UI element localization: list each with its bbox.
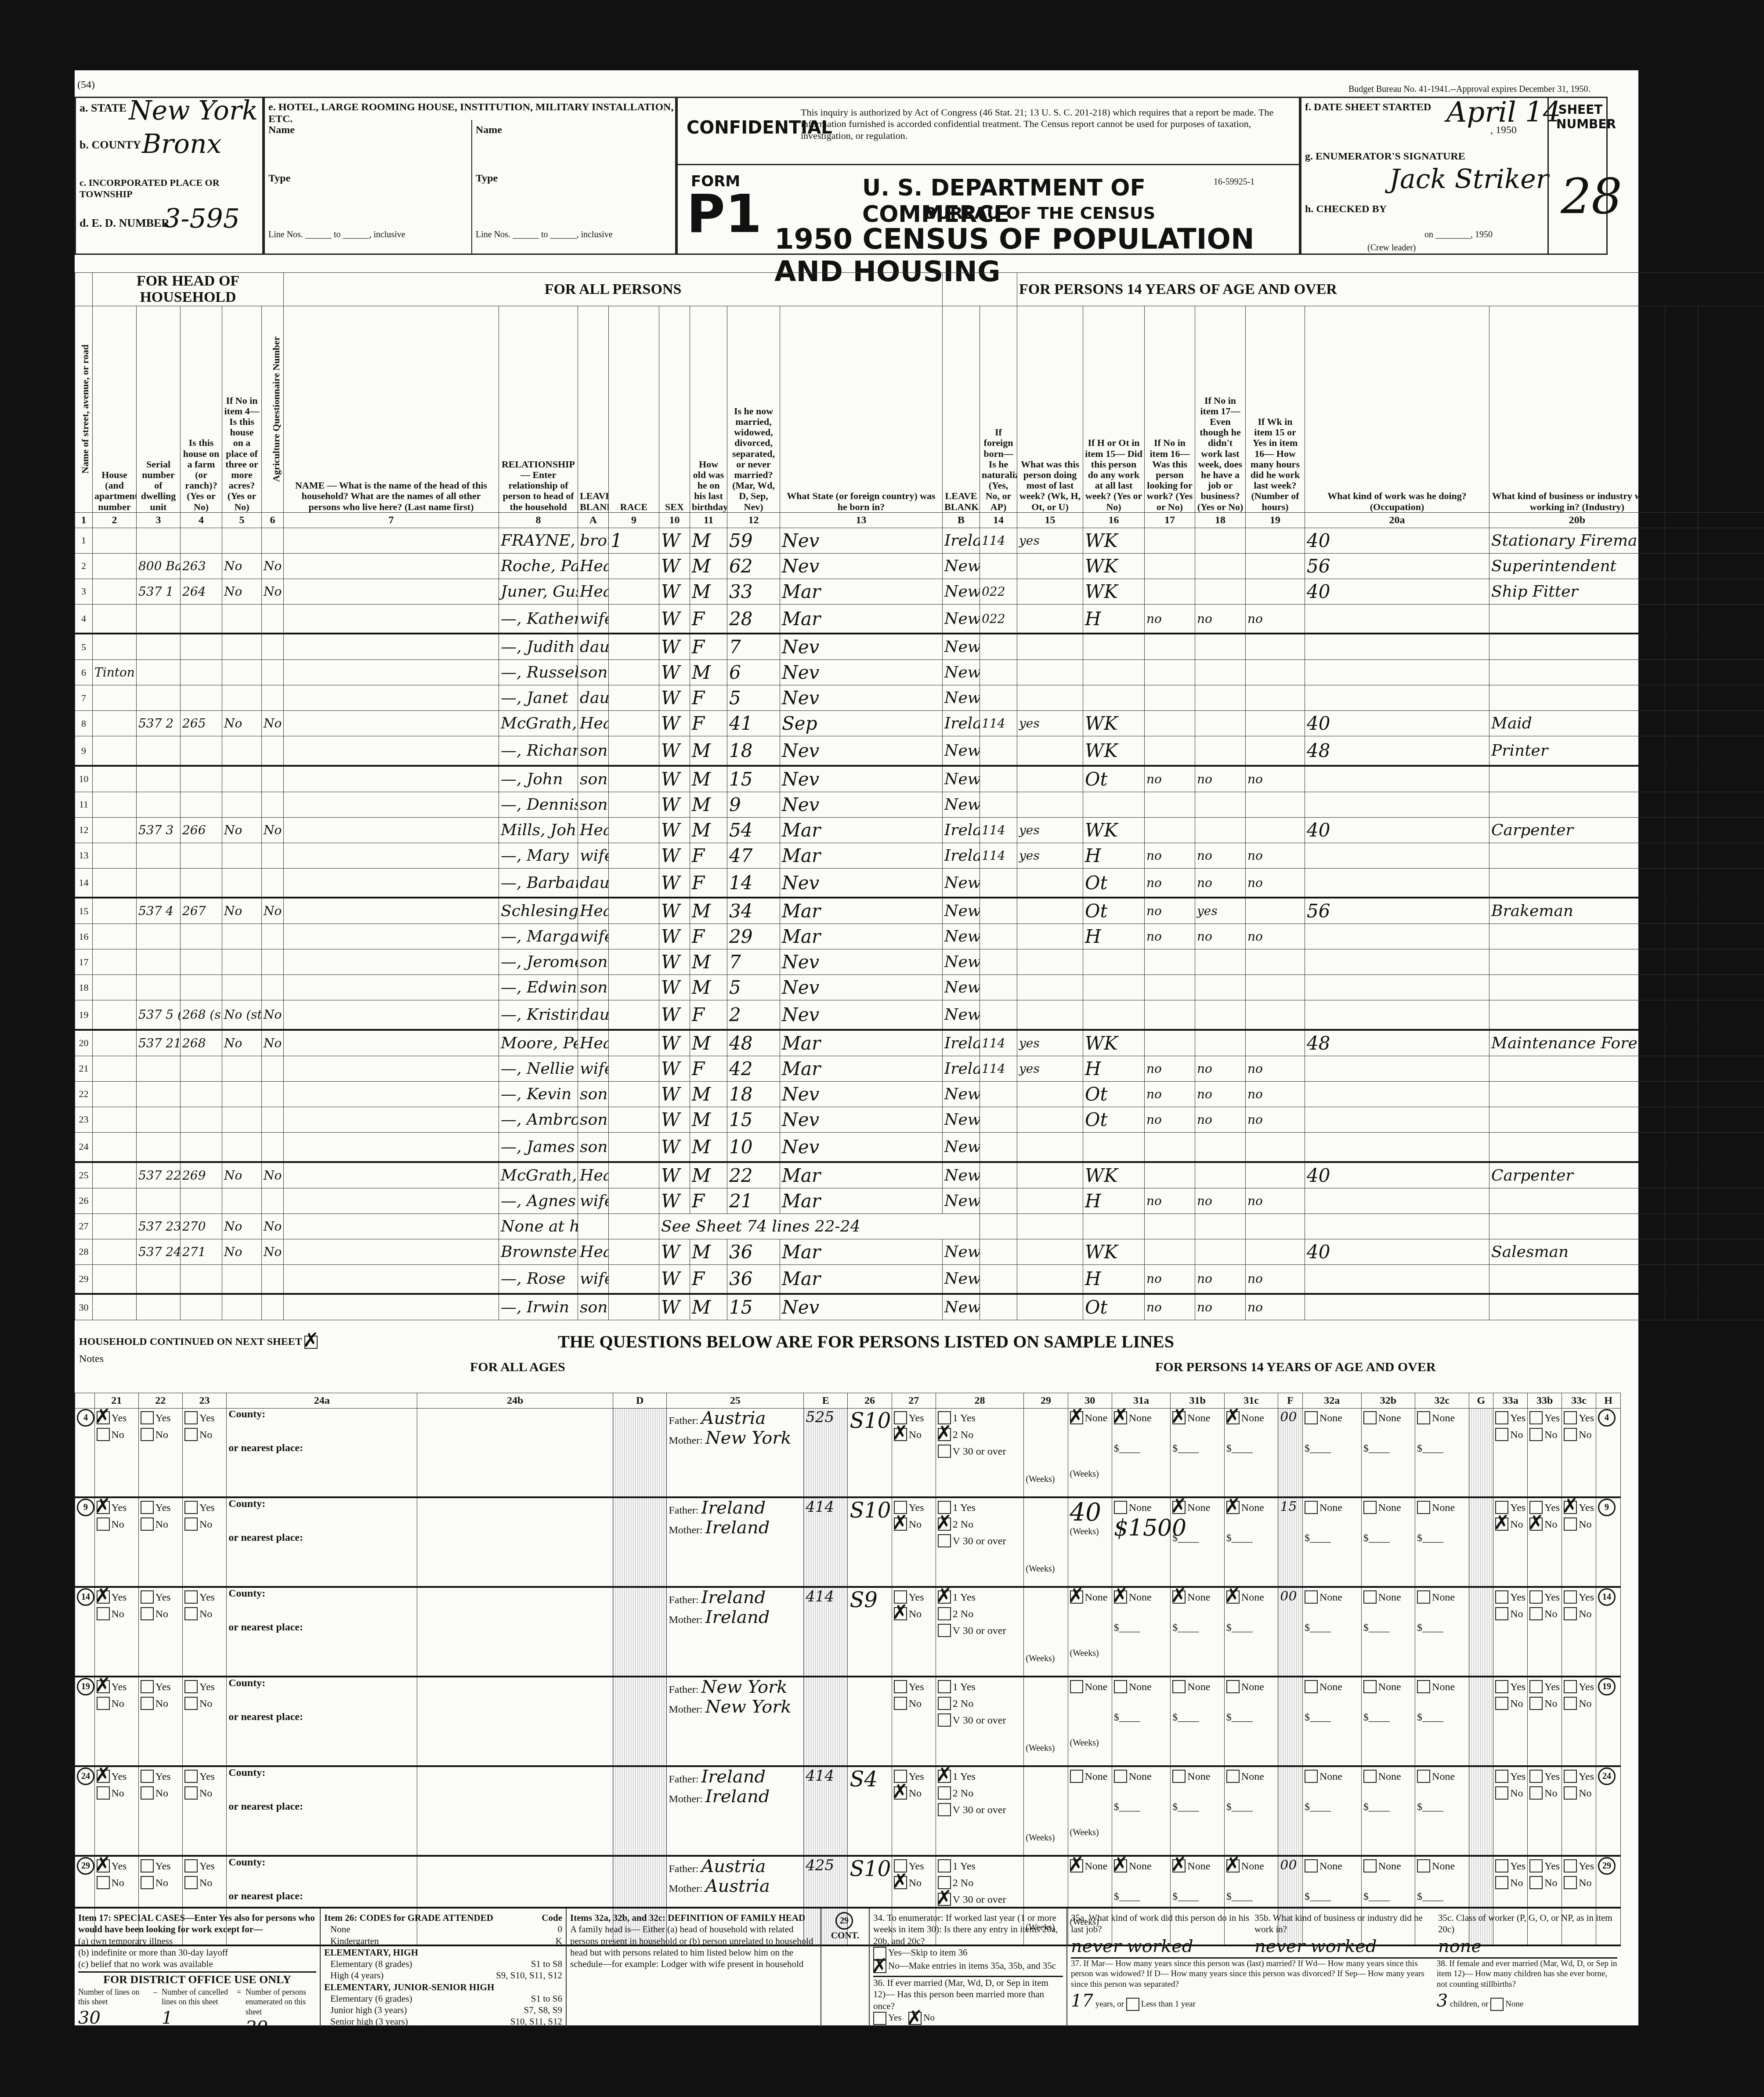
q21-no-checkbox[interactable]	[97, 1697, 110, 1710]
q28-30-checkbox[interactable]	[938, 1713, 951, 1727]
q27-no-checkbox[interactable]	[894, 1786, 907, 1800]
cell-street[interactable]	[93, 711, 137, 736]
cell-rel[interactable]: son	[578, 792, 609, 817]
q28-yes-checkbox[interactable]	[938, 1770, 951, 1783]
cell-race[interactable]: W	[659, 1188, 690, 1213]
cell-age[interactable]: 22	[727, 1162, 780, 1188]
mother-birthplace[interactable]: Ireland	[705, 1607, 770, 1627]
cell-class[interactable]	[1698, 685, 1764, 711]
cell-activity[interactable]	[1083, 660, 1145, 685]
cell-street[interactable]	[93, 1056, 137, 1081]
cell-rel[interactable]	[578, 1213, 609, 1239]
q31a-none-checkbox[interactable]	[1114, 1501, 1127, 1514]
cell-b[interactable]: 022	[980, 579, 1017, 604]
q23-no-checkbox[interactable]	[184, 1428, 198, 1441]
cell-sex[interactable]: M	[690, 1239, 727, 1264]
cell-name[interactable]: —, Margaret	[499, 924, 578, 949]
county-value[interactable]: Bronx	[142, 129, 221, 159]
cell-occupation[interactable]	[1489, 1188, 1665, 1213]
cell-serial[interactable]	[181, 1056, 222, 1081]
q22-no-checkbox[interactable]	[141, 1697, 154, 1710]
q22-no-checkbox[interactable]	[141, 1518, 154, 1531]
cell-race[interactable]: W	[659, 1239, 690, 1264]
cell-activity[interactable]: WK	[1083, 1162, 1145, 1188]
cell-rel[interactable]: Head	[578, 1030, 609, 1056]
cell-serial[interactable]: 266	[181, 817, 222, 843]
q32c-none-checkbox[interactable]	[1417, 1501, 1430, 1514]
cell-farm[interactable]: No	[222, 1030, 262, 1056]
cell-acres[interactable]	[262, 766, 284, 792]
cell-farm[interactable]	[222, 843, 262, 868]
cell-street[interactable]	[93, 553, 137, 579]
cell-q17[interactable]	[1195, 634, 1246, 660]
cell-street[interactable]	[93, 898, 137, 924]
cell-q16[interactable]: no	[1145, 604, 1195, 634]
cell-q16[interactable]: no	[1145, 898, 1195, 924]
cell-hours[interactable]	[1305, 1294, 1489, 1320]
q22-yes-checkbox[interactable]	[141, 1770, 154, 1783]
cell-farm[interactable]: No (struck)	[222, 1000, 262, 1030]
cell-race[interactable]: W	[659, 553, 690, 579]
cell-birthplace[interactable]: New York	[943, 1239, 980, 1264]
q33b-no-checkbox[interactable]	[1529, 1607, 1543, 1620]
q27-no-checkbox[interactable]	[894, 1697, 907, 1710]
cell-rel[interactable]: wife	[578, 1056, 609, 1081]
cell-hours[interactable]	[1305, 1000, 1489, 1030]
cell-industry[interactable]	[1665, 604, 1698, 634]
q33b-yes-checkbox[interactable]	[1529, 1590, 1543, 1604]
cell-house[interactable]: 537 23	[137, 1213, 181, 1239]
cell-hours[interactable]	[1305, 1056, 1489, 1081]
cell-name[interactable]: —, Edwin	[499, 975, 578, 1000]
q33c-no-checkbox[interactable]	[1564, 1697, 1577, 1710]
q28-30-checkbox[interactable]	[938, 1803, 951, 1816]
cell-farm[interactable]	[222, 1264, 262, 1294]
cell-age[interactable]: 15	[727, 766, 780, 792]
cell-street[interactable]	[93, 604, 137, 634]
cell-q16[interactable]	[1145, 792, 1195, 817]
q35a-answer[interactable]: never worked	[1071, 1935, 1250, 1957]
cell-age[interactable]: 42	[727, 1056, 780, 1081]
cell-sex[interactable]: M	[690, 766, 727, 792]
cell-age[interactable]: 6	[727, 660, 780, 685]
cell-activity[interactable]: WK	[1083, 579, 1145, 604]
cell-q18[interactable]: no	[1246, 1294, 1305, 1320]
cell-house[interactable]	[137, 924, 181, 949]
cell-nat[interactable]: yes	[1017, 1030, 1083, 1056]
cell-age[interactable]: 5	[727, 685, 780, 711]
cell-house[interactable]	[137, 660, 181, 685]
cell-birthplace[interactable]: Ireland	[943, 843, 980, 868]
cell-occupation[interactable]	[1489, 924, 1665, 949]
cell-activity[interactable]: Ot	[1083, 1294, 1145, 1320]
cell-class[interactable]	[1698, 1056, 1764, 1081]
cell-occupation[interactable]: Maintenance Foreman	[1489, 1030, 1665, 1056]
cell-name[interactable]: Moore, Peter	[499, 1030, 578, 1056]
cell-serial[interactable]	[181, 1264, 222, 1294]
cell-hours[interactable]	[1305, 1107, 1489, 1132]
cell-industry[interactable]: N.Y.C. Transit Lines	[1665, 1030, 1698, 1056]
cell-activity[interactable]	[1083, 792, 1145, 817]
cell-q17[interactable]	[1195, 579, 1246, 604]
cell-marital[interactable]: Nev	[780, 949, 943, 975]
cell-q18[interactable]: no	[1246, 766, 1305, 792]
q33a-no-checkbox[interactable]	[1495, 1428, 1508, 1441]
cell-occupation[interactable]	[1489, 1264, 1665, 1294]
cell-q18[interactable]	[1246, 817, 1305, 843]
cell-rel[interactable]: Head	[578, 898, 609, 924]
cell-serial[interactable]	[181, 1107, 222, 1132]
cell-farm[interactable]	[222, 685, 262, 711]
cell-sex[interactable]: M	[690, 1162, 727, 1188]
cell-q17[interactable]	[1195, 711, 1246, 736]
cell-age[interactable]: 7	[727, 949, 780, 975]
cell-class[interactable]	[1698, 949, 1764, 975]
cell-industry[interactable]	[1665, 868, 1698, 898]
cell-sex[interactable]: M	[690, 792, 727, 817]
cell-race[interactable]: W	[659, 736, 690, 766]
code-e[interactable]: 425	[806, 1857, 834, 1874]
cell-name[interactable]: —, Judith	[499, 634, 578, 660]
q22-yes-checkbox[interactable]	[141, 1411, 154, 1424]
cell-q16[interactable]: no	[1145, 843, 1195, 868]
cell-class[interactable]: P	[1698, 1162, 1764, 1188]
cell-birthplace[interactable]: New York	[943, 553, 980, 579]
cell-nat[interactable]: yes	[1017, 528, 1083, 553]
father-birthplace[interactable]: Ireland	[701, 1767, 766, 1787]
q23-no-checkbox[interactable]	[184, 1697, 198, 1710]
cell-q16[interactable]: no	[1145, 1188, 1195, 1213]
cell-class[interactable]: P	[1698, 898, 1764, 924]
cell-a[interactable]	[609, 553, 659, 579]
cell-industry[interactable]	[1665, 1264, 1698, 1294]
cell-age[interactable]: 7	[727, 634, 780, 660]
cell-activity[interactable]: WK	[1083, 736, 1145, 766]
q33b-no-checkbox[interactable]	[1529, 1786, 1543, 1800]
cell-hours[interactable]: 40	[1305, 711, 1489, 736]
cell-q16[interactable]: no	[1145, 1264, 1195, 1294]
q21-yes-checkbox[interactable]	[97, 1680, 110, 1693]
cell-industry[interactable]	[1665, 634, 1698, 660]
cell-industry[interactable]	[1665, 1056, 1698, 1081]
cell-q18[interactable]	[1246, 1239, 1305, 1264]
cell-a[interactable]	[609, 1081, 659, 1107]
cell-house[interactable]	[137, 843, 181, 868]
cell-q18[interactable]: no	[1246, 1107, 1305, 1132]
cell-street[interactable]	[93, 975, 137, 1000]
cell-hours[interactable]	[1305, 604, 1489, 634]
cell-industry[interactable]	[1665, 1132, 1698, 1162]
cell-birthplace[interactable]: New York	[943, 1188, 980, 1213]
cell-a[interactable]	[609, 924, 659, 949]
cell-sex[interactable]: M	[690, 817, 727, 843]
cell-nat[interactable]	[1017, 1294, 1083, 1320]
date-started[interactable]: April 14	[1446, 96, 1561, 129]
cell-marital[interactable]: Mar	[780, 1264, 943, 1294]
cell-industry[interactable]	[1665, 1188, 1698, 1213]
cell-street[interactable]	[93, 1188, 137, 1213]
cell-occupation[interactable]	[1489, 843, 1665, 868]
q33c-yes-checkbox[interactable]	[1564, 1501, 1577, 1514]
cell-hours[interactable]: 40	[1305, 528, 1489, 553]
cell-q18[interactable]	[1246, 975, 1305, 1000]
cell-class[interactable]	[1698, 975, 1764, 1000]
cell-serial[interactable]	[181, 660, 222, 685]
q33c-yes-checkbox[interactable]	[1564, 1590, 1577, 1604]
cell-industry[interactable]	[1665, 685, 1698, 711]
cell-age[interactable]: 28	[727, 604, 780, 634]
cell-rel[interactable]: Head	[578, 1239, 609, 1264]
cell-birthplace[interactable]: Ireland	[943, 817, 980, 843]
cell-class[interactable]	[1698, 843, 1764, 868]
q33b-no-checkbox[interactable]	[1529, 1428, 1543, 1441]
cell-race[interactable]: W	[659, 1030, 690, 1056]
cell-q16[interactable]: no	[1145, 1107, 1195, 1132]
cell-q18[interactable]	[1246, 660, 1305, 685]
cell-name[interactable]: McGrath, Mary	[499, 711, 578, 736]
cell-hours[interactable]	[1305, 843, 1489, 868]
cell-house[interactable]: 800 Basement	[137, 553, 181, 579]
cell-q17[interactable]	[1195, 553, 1246, 579]
cell-farm[interactable]	[222, 1107, 262, 1132]
q32b-none-checkbox[interactable]	[1363, 1859, 1377, 1872]
cell-birthplace[interactable]: New York	[943, 1132, 980, 1162]
cell-acres[interactable]	[262, 685, 284, 711]
code-e[interactable]: 414	[806, 1588, 834, 1605]
q33b-yes-checkbox[interactable]	[1529, 1859, 1543, 1872]
cell-nat[interactable]	[1017, 604, 1083, 634]
cell-occupation[interactable]	[1489, 685, 1665, 711]
cell-nat[interactable]	[1017, 553, 1083, 579]
cell-nat[interactable]	[1017, 736, 1083, 766]
q35b-answer[interactable]: never worked	[1254, 1935, 1434, 1957]
q33a-no-checkbox[interactable]	[1495, 1607, 1508, 1620]
cell-q17[interactable]	[1195, 1030, 1246, 1056]
cell-marital[interactable]: Mar	[780, 817, 943, 843]
q33b-yes-checkbox[interactable]	[1529, 1770, 1543, 1783]
q32c-none-checkbox[interactable]	[1417, 1590, 1430, 1604]
q28-30-checkbox[interactable]	[938, 1445, 951, 1458]
cell-nat[interactable]	[1017, 1132, 1083, 1162]
cell-farm[interactable]: No	[222, 1213, 262, 1239]
cell-birthplace[interactable]: Ireland	[943, 711, 980, 736]
cell-b[interactable]	[980, 898, 1017, 924]
cell-age[interactable]: 15	[727, 1107, 780, 1132]
cell-sex[interactable]: M	[690, 1030, 727, 1056]
cell-class[interactable]	[1698, 634, 1764, 660]
cell-industry[interactable]	[1665, 1294, 1698, 1320]
cell-acres[interactable]	[262, 868, 284, 898]
cell-race[interactable]: W	[659, 1056, 690, 1081]
cell-a[interactable]	[609, 898, 659, 924]
cell-sex[interactable]: M	[690, 898, 727, 924]
cell-a[interactable]	[609, 660, 659, 685]
cell-house[interactable]	[137, 949, 181, 975]
q22-yes-checkbox[interactable]	[141, 1501, 154, 1514]
q21-no-checkbox[interactable]	[97, 1876, 110, 1889]
cell-birthplace[interactable]: New York	[943, 1081, 980, 1107]
cell-birthplace[interactable]: New York	[943, 898, 980, 924]
q27-yes-checkbox[interactable]	[894, 1680, 907, 1693]
q31b-none-checkbox[interactable]	[1172, 1590, 1186, 1604]
cell-name[interactable]: None at home	[499, 1213, 578, 1239]
q33c-no-checkbox[interactable]	[1564, 1876, 1577, 1889]
cell-sex[interactable]: F	[690, 843, 727, 868]
cell-q17[interactable]: no	[1195, 843, 1246, 868]
cell-activity[interactable]: Ot	[1083, 898, 1145, 924]
cell-sex[interactable]: M	[690, 553, 727, 579]
cell-race[interactable]: W	[659, 1000, 690, 1030]
cell-race[interactable]: W	[659, 898, 690, 924]
cell-occupation[interactable]	[1489, 1107, 1665, 1132]
cell-occupation[interactable]	[1489, 1132, 1665, 1162]
cell-a[interactable]	[609, 685, 659, 711]
cell-nat[interactable]: yes	[1017, 1056, 1083, 1081]
cell-rel[interactable]: wife	[578, 924, 609, 949]
q21-yes-checkbox[interactable]	[97, 1859, 110, 1872]
cell-b[interactable]: 114	[980, 843, 1017, 868]
cell-b[interactable]: 114	[980, 817, 1017, 843]
cell-birthplace[interactable]: New Jersey	[943, 579, 980, 604]
cell-a[interactable]	[609, 604, 659, 634]
cell-race[interactable]: W	[659, 1162, 690, 1188]
q27-no-checkbox[interactable]	[894, 1518, 907, 1531]
q33c-no-checkbox[interactable]	[1564, 1607, 1577, 1620]
q22-no-checkbox[interactable]	[141, 1786, 154, 1800]
cell-race[interactable]: W	[659, 843, 690, 868]
cell-age[interactable]: 62	[727, 553, 780, 579]
q33b-no-checkbox[interactable]	[1529, 1876, 1543, 1889]
cell-street[interactable]	[93, 868, 137, 898]
cell-occupation[interactable]	[1489, 1081, 1665, 1107]
cell-street[interactable]	[93, 1294, 137, 1320]
cell-class[interactable]: G	[1698, 1030, 1764, 1056]
q31a-none-checkbox[interactable]	[1114, 1411, 1127, 1424]
cell-street[interactable]: Tinton Ave	[93, 660, 137, 685]
cell-class[interactable]: P	[1698, 1239, 1764, 1264]
cell-marital[interactable]: Nev	[780, 528, 943, 553]
cell-class[interactable]	[1698, 660, 1764, 685]
cell-race[interactable]: W	[659, 1081, 690, 1107]
cell-race[interactable]: W	[659, 660, 690, 685]
cell-nat[interactable]	[1017, 1213, 1083, 1239]
cell-occupation[interactable]: Brakeman	[1489, 898, 1665, 924]
cell-q18[interactable]: no	[1246, 924, 1305, 949]
cell-street[interactable]	[93, 924, 137, 949]
cell-industry[interactable]: Apt. Bldg	[1665, 553, 1698, 579]
cell-serial[interactable]: 270	[181, 1213, 222, 1239]
cell-q18[interactable]	[1246, 792, 1305, 817]
cell-rel[interactable]: son	[578, 1107, 609, 1132]
cell-sex[interactable]: M	[690, 528, 727, 553]
cell-class[interactable]	[1698, 1264, 1764, 1294]
q32c-none-checkbox[interactable]	[1417, 1680, 1430, 1693]
q23-no-checkbox[interactable]	[184, 1786, 198, 1800]
cell-q18[interactable]: no	[1246, 1264, 1305, 1294]
cell-occupation[interactable]	[1489, 634, 1665, 660]
cell-marital[interactable]: Mar	[780, 579, 943, 604]
cell-serial[interactable]	[181, 1294, 222, 1320]
cell-activity[interactable]	[1083, 634, 1145, 660]
cell-hours[interactable]: 40	[1305, 1162, 1489, 1188]
cell-serial[interactable]	[181, 1081, 222, 1107]
cell-occupation[interactable]: Salesman	[1489, 1239, 1665, 1264]
cell-farm[interactable]: No	[222, 711, 262, 736]
cell-serial[interactable]: 263	[181, 553, 222, 579]
cell-name[interactable]: —, Russell	[499, 660, 578, 685]
cell-activity[interactable]: Ot	[1083, 766, 1145, 792]
cell-serial[interactable]	[181, 924, 222, 949]
cell-industry[interactable]: Printing Co	[1665, 736, 1698, 766]
cell-farm[interactable]: No	[222, 898, 262, 924]
cell-house[interactable]	[137, 685, 181, 711]
cell-activity[interactable]	[1083, 1132, 1145, 1162]
cell-farm[interactable]: No	[222, 579, 262, 604]
cell-sex[interactable]: M	[690, 975, 727, 1000]
cell-nat[interactable]	[1017, 1107, 1083, 1132]
cell-b[interactable]	[980, 792, 1017, 817]
cell-class[interactable]: P	[1698, 736, 1764, 766]
cell-hours[interactable]: 40	[1305, 817, 1489, 843]
cell-rel[interactable]: daughter	[578, 1000, 609, 1030]
cell-age[interactable]: 34	[727, 898, 780, 924]
cell-street[interactable]	[93, 634, 137, 660]
q28-no-checkbox[interactable]	[938, 1428, 951, 1441]
q30-none-checkbox[interactable]	[1070, 1590, 1083, 1604]
cell-sex[interactable]: M	[690, 949, 727, 975]
cell-race[interactable]: W	[659, 579, 690, 604]
q28-no-checkbox[interactable]	[938, 1786, 951, 1800]
cell-age[interactable]: 36	[727, 1264, 780, 1294]
cell-name[interactable]: Roche, Patrick	[499, 553, 578, 579]
cell-name[interactable]: Juner, Gustave	[499, 579, 578, 604]
cell-b[interactable]: 114	[980, 528, 1017, 553]
enumerator-signature[interactable]: Jack Striker	[1389, 164, 1549, 195]
cell-house[interactable]: 537 4	[137, 898, 181, 924]
cell-street[interactable]	[93, 1030, 137, 1056]
q21-yes-checkbox[interactable]	[97, 1590, 110, 1604]
q33a-yes-checkbox[interactable]	[1495, 1770, 1508, 1783]
cell-a[interactable]	[609, 766, 659, 792]
cell-occupation[interactable]	[1489, 1056, 1665, 1081]
cell-house[interactable]	[137, 1081, 181, 1107]
cell-a[interactable]	[609, 792, 659, 817]
cell-q16[interactable]	[1145, 711, 1195, 736]
cell-q18[interactable]: no	[1246, 1081, 1305, 1107]
code-f[interactable]: 00	[1280, 1589, 1297, 1604]
cell-industry[interactable]	[1665, 660, 1698, 685]
cell-name[interactable]: —, Kevin	[499, 1081, 578, 1107]
cell-a[interactable]	[609, 975, 659, 1000]
cell-birthplace[interactable]: New York	[943, 924, 980, 949]
cell-house[interactable]	[137, 975, 181, 1000]
cell-house[interactable]: 537 22	[137, 1162, 181, 1188]
cell-serial[interactable]: 264	[181, 579, 222, 604]
cell-rel[interactable]: Head	[578, 579, 609, 604]
cell-street[interactable]	[93, 685, 137, 711]
cell-rel[interactable]: Head	[578, 817, 609, 843]
cell-serial[interactable]	[181, 975, 222, 1000]
cell-q16[interactable]	[1145, 579, 1195, 604]
cell-race[interactable]: W	[659, 1132, 690, 1162]
cell-acres[interactable]	[262, 660, 284, 685]
mother-birthplace[interactable]: Austria	[705, 1876, 770, 1896]
cell-house[interactable]	[137, 736, 181, 766]
cell-q17[interactable]	[1195, 975, 1246, 1000]
cell-rel[interactable]: son	[578, 660, 609, 685]
cell-farm[interactable]	[222, 868, 262, 898]
cell-acres[interactable]	[262, 604, 284, 634]
